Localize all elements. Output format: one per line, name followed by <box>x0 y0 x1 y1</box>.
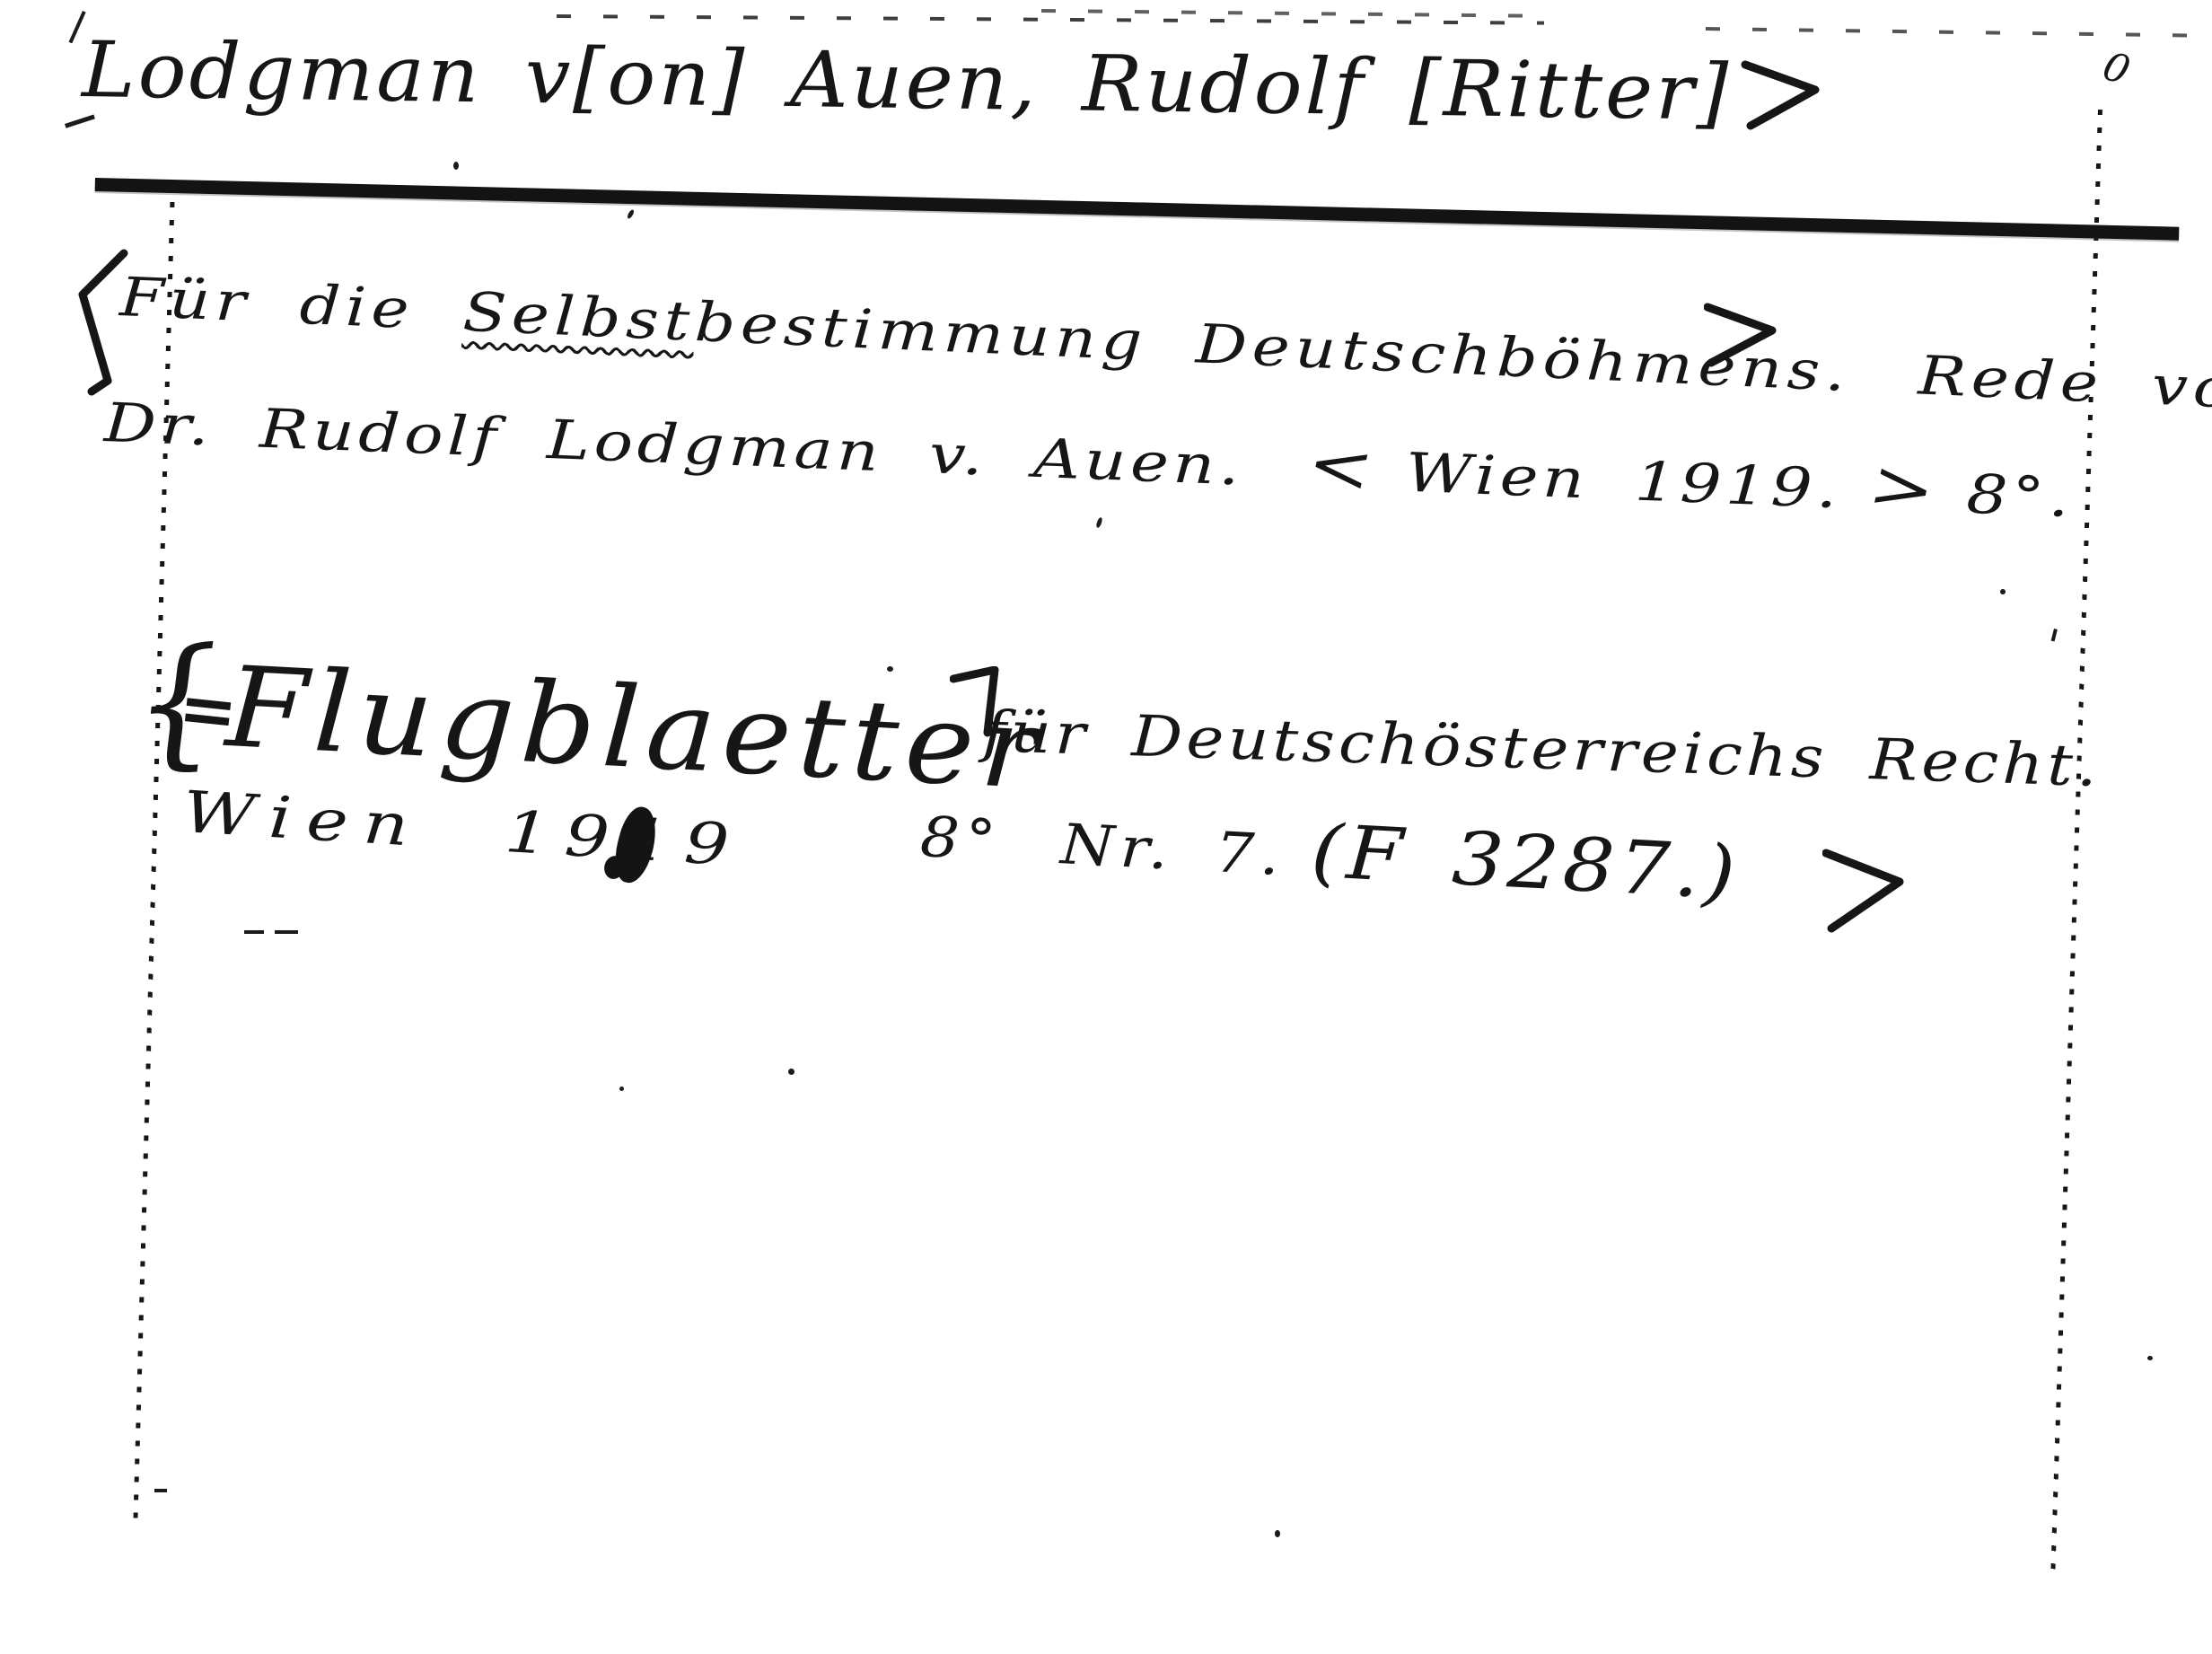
title-insertion: Rede von <box>1917 344 2212 423</box>
issue-number: Nr. 7. <box>1059 811 1287 888</box>
insertion-caret-icon <box>1822 833 1921 937</box>
ink-speck <box>619 1087 624 1091</box>
author: Dr. Rudolf Lodgman v. Auen. <box>103 392 1245 498</box>
scanned-catalog-card: Lodgman v[on] Auen, Rudolf [Ritter] 0 Fü… <box>0 0 2212 1654</box>
entry2-series-rest: für Deutschösterreichs Recht. <box>982 699 2102 799</box>
ink-speck <box>2147 1356 2153 1360</box>
scan-noise <box>1041 9 1544 18</box>
ink-speck <box>1275 1530 1280 1537</box>
card-heading: Lodgman v[on] Auen, Rudolf [Ritter] <box>82 25 1732 138</box>
ink-speck <box>1095 517 1103 529</box>
insertion-caret-open: < <box>1301 424 1384 508</box>
entry1-imprint-line: Dr. Rudolf Lodgman v. Auen.<Wien 1919.>8… <box>103 381 2076 532</box>
imprint-place: Wien 1919. <box>1404 442 1842 522</box>
insertion-caret-icon <box>1740 52 1839 133</box>
ink-speck <box>788 1069 794 1075</box>
heading-text: Lodgman v[on] Auen, Rudolf [Ritter] <box>82 25 1732 138</box>
corner-tick <box>65 114 95 128</box>
insertion-caret-icon <box>1704 296 1794 368</box>
ink-speck <box>453 162 459 170</box>
ink-speck <box>154 1489 167 1492</box>
ink-speck <box>244 930 264 934</box>
ink-speck <box>887 666 893 672</box>
imprint-format: 8° <box>918 804 1003 874</box>
title-rest: bestimmung Deutschböhmens. <box>693 291 1851 404</box>
ink-speck <box>627 208 636 219</box>
shelfmark: (F 3287.) <box>1309 809 1741 917</box>
entry2-imprint-details: 8°Nr. 7.(F 3287.) <box>918 788 1742 917</box>
imprint-format: 8°. <box>1965 463 2075 531</box>
heading-rule <box>95 178 2180 241</box>
right-dotted-margin-line <box>2050 110 2102 1572</box>
title-underlined-word: Selbst <box>461 281 696 354</box>
ink-speck <box>275 930 298 934</box>
scan-noise <box>1706 27 2208 38</box>
corner-digit: 0 <box>2097 43 2135 94</box>
ink-speck <box>2000 589 2006 594</box>
insertion-caret-close: > <box>1862 445 1945 530</box>
ink-speck <box>2051 629 2058 642</box>
